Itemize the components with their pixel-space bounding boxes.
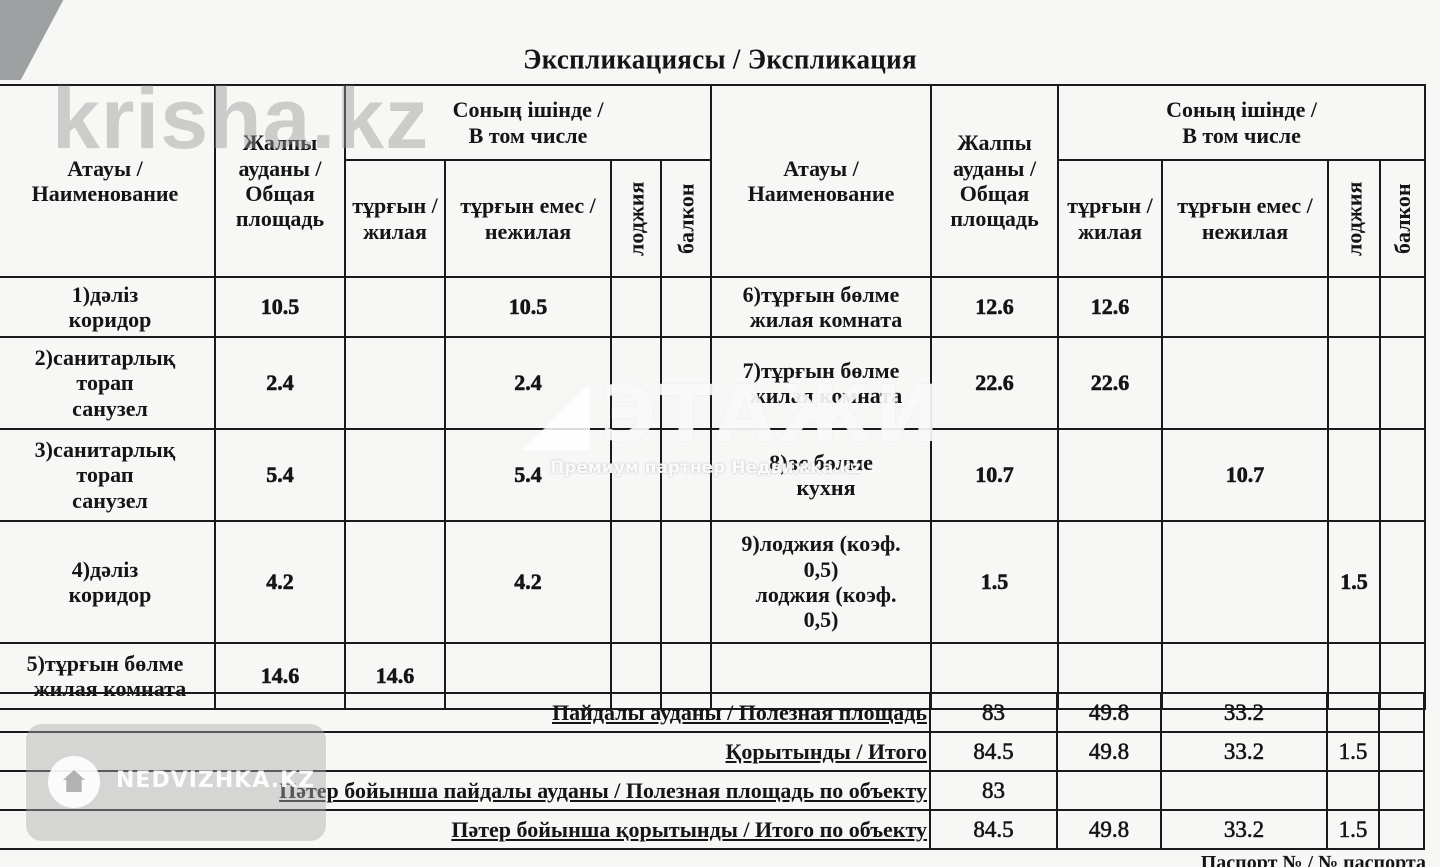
room-name-line: торап	[0, 462, 214, 487]
header-including-kz: Соның ішінде /	[453, 97, 604, 122]
room-name-line: торап	[0, 370, 214, 395]
header-loggia: лоджия	[611, 160, 661, 277]
room-name-line: 0,5)	[712, 557, 930, 582]
header-total-right: Жалпы ауданы / Общая площадь	[931, 85, 1058, 277]
room-name-line: 8)ас бөлме	[712, 450, 930, 475]
explication-table: Атауы / Наименование Жалпы ауданы / Обща…	[0, 84, 1426, 710]
summary-nonliving	[1161, 771, 1327, 810]
room-name-line: 2)санитарлық	[0, 345, 214, 370]
header-living-ru: жилая	[1078, 219, 1142, 244]
header-living-ru: жилая	[363, 219, 427, 244]
header-name-ru: Наименование	[748, 181, 895, 206]
room-name-line: 3)санитарлық	[0, 437, 214, 462]
header-total-l4: площадь	[950, 206, 1038, 231]
header-including-ru: В том числе	[469, 123, 588, 148]
summary-row: Пәтер бойынша қорытынды / Итого по объек…	[0, 810, 1424, 849]
summary-row: Қорытынды / Итого84.549.833.21.5	[0, 732, 1424, 771]
header-total-left: Жалпы ауданы / Общая площадь	[215, 85, 345, 277]
header-total-l4: площадь	[236, 206, 324, 231]
header-balcony: балкон	[661, 160, 711, 277]
cell-loggia	[611, 337, 661, 429]
header-living: тұрғын /жилая	[345, 160, 445, 277]
cell-balcony	[1380, 429, 1425, 521]
cell-nonliving: 4.2	[445, 521, 611, 643]
room-name-line: 7)тұрғын бөлме	[712, 358, 930, 383]
cell-total: 4.2	[215, 521, 345, 643]
cell-living	[1058, 521, 1162, 643]
summary-total: 84.5	[930, 810, 1057, 849]
header-nonliving-kz: тұрғын емес /	[460, 193, 596, 218]
room-name-line: санузел	[0, 488, 214, 513]
summary-label: Пәтер бойынша пайдалы ауданы / Полезная …	[0, 771, 930, 810]
summary-living: 49.8	[1057, 810, 1161, 849]
cell-living	[1058, 429, 1162, 521]
cell-balcony	[1380, 337, 1425, 429]
cell-living	[345, 521, 445, 643]
room-name-line: 9)лоджия (коэф.	[712, 531, 930, 556]
cell-total: 1.5	[931, 521, 1058, 643]
cell-living	[345, 337, 445, 429]
summary-table: Пайдалы ауданы / Полезная площадь8349.83…	[0, 692, 1425, 850]
cell-nonliving: 2.4	[445, 337, 611, 429]
cell-loggia	[1328, 277, 1380, 337]
cell-living: 12.6	[1058, 277, 1162, 337]
header-nonliving: тұрғын емес /нежилая	[1162, 160, 1328, 277]
header-total-l3: Общая	[960, 181, 1030, 206]
summary-loggia	[1327, 693, 1379, 732]
cell-living: 22.6	[1058, 337, 1162, 429]
summary-label: Қорытынды / Итого	[0, 732, 930, 771]
room-name-line: 6)тұрғын бөлме	[712, 282, 930, 307]
summary-loggia: 1.5	[1327, 810, 1379, 849]
room-name-line: коридор	[0, 307, 214, 332]
summary-balcony	[1379, 771, 1424, 810]
cell-total: 10.5	[215, 277, 345, 337]
summary-nonliving: 33.2	[1161, 732, 1327, 771]
header-loggia: лоджия	[1328, 160, 1380, 277]
summary-living	[1057, 771, 1161, 810]
header-name-kz: Атауы /	[67, 156, 143, 181]
cell-nonliving: 10.7	[1162, 429, 1328, 521]
room-name-line: 1)дәліз	[0, 282, 214, 307]
cell-nonliving	[1162, 337, 1328, 429]
summary-row: Пәтер бойынша пайдалы ауданы / Полезная …	[0, 771, 1424, 810]
header-name-ru: Наименование	[32, 181, 179, 206]
header-nonliving-ru: нежилая	[1202, 219, 1288, 244]
room-name-right-4: 9)лоджия (коэф.0,5)лоджия (коэф.0,5)	[711, 521, 931, 643]
summary-total: 83	[930, 693, 1057, 732]
room-name-right-1: 6)тұрғын бөлмежилая комната	[711, 277, 931, 337]
room-name-left-3: 3)санитарлықторапсанузел	[0, 429, 215, 521]
header-total-l2: ауданы /	[953, 156, 1036, 181]
cell-living	[345, 277, 445, 337]
cell-total: 2.4	[215, 337, 345, 429]
summary-label: Пәтер бойынша қорытынды / Итого по объек…	[0, 810, 930, 849]
cell-total: 22.6	[931, 337, 1058, 429]
cell-loggia: 1.5	[1328, 521, 1380, 643]
summary-nonliving: 33.2	[1161, 810, 1327, 849]
summary-loggia	[1327, 771, 1379, 810]
cell-living	[345, 429, 445, 521]
cell-loggia	[1328, 337, 1380, 429]
summary-label: Пайдалы ауданы / Полезная площадь	[0, 693, 930, 732]
summary-rows: Пайдалы ауданы / Полезная площадь8349.83…	[0, 693, 1424, 849]
header-total-l2: ауданы /	[238, 156, 321, 181]
cell-nonliving: 5.4	[445, 429, 611, 521]
room-name-line: жилая комната	[712, 383, 930, 408]
room-name-line: 4)дәліз	[0, 557, 214, 582]
room-name-right-2: 7)тұрғын бөлмежилая комната	[711, 337, 931, 429]
table-row: 3)санитарлықторапсанузел5.45.48)ас бөлме…	[0, 429, 1425, 521]
header-including-kz: Соның ішінде /	[1166, 97, 1317, 122]
header-including-right: Соның ішінде / В том числе	[1058, 85, 1425, 160]
cell-nonliving	[1162, 521, 1328, 643]
summary-living: 49.8	[1057, 732, 1161, 771]
room-name-line: 0,5)	[712, 607, 930, 632]
table-row: 1)дәлізкоридор10.510.56)тұрғын бөлмежила…	[0, 277, 1425, 337]
summary-living: 49.8	[1057, 693, 1161, 732]
table-row: 2)санитарлықторапсанузел2.42.47)тұрғын б…	[0, 337, 1425, 429]
room-name-line: санузел	[0, 396, 214, 421]
header-including-left: Соның ішінде / В том числе	[345, 85, 711, 160]
room-name-line: 5)тұрғын бөлме	[0, 651, 214, 676]
room-name-line: кухня	[712, 475, 930, 500]
room-name-line: жилая комната	[712, 307, 930, 332]
room-rows: 1)дәлізкоридор10.510.56)тұрғын бөлмежила…	[0, 277, 1425, 709]
room-name-left-2: 2)санитарлықторапсанузел	[0, 337, 215, 429]
header-balcony: балкон	[1380, 160, 1425, 277]
cell-loggia	[611, 277, 661, 337]
cell-loggia	[1328, 429, 1380, 521]
summary-balcony	[1379, 810, 1424, 849]
header-nonliving-ru: нежилая	[485, 219, 571, 244]
cell-loggia	[611, 521, 661, 643]
room-name-left-4: 4)дәлізкоридор	[0, 521, 215, 643]
header-including-ru: В том числе	[1182, 123, 1301, 148]
document-title-text: Экспликациясы / Экспликация	[523, 43, 917, 76]
header-name-kz: Атауы /	[783, 156, 859, 181]
cell-total: 10.7	[931, 429, 1058, 521]
cell-nonliving: 10.5	[445, 277, 611, 337]
summary-balcony	[1379, 693, 1424, 732]
header-living-kz: тұрғын /	[1067, 193, 1153, 218]
header-name-left: Атауы / Наименование	[0, 85, 215, 277]
table-row: 4)дәлізкоридор4.24.29)лоджия (коэф.0,5)л…	[0, 521, 1425, 643]
room-name-right-3: 8)ас бөлмекухня	[711, 429, 931, 521]
cell-balcony	[661, 277, 711, 337]
summary-nonliving: 33.2	[1161, 693, 1327, 732]
header-living: тұрғын /жилая	[1058, 160, 1162, 277]
summary-total: 84.5	[930, 732, 1057, 771]
passport-number-note: Паспорт № / № паспорта	[1201, 852, 1426, 867]
summary-row: Пайдалы ауданы / Полезная площадь8349.83…	[0, 693, 1424, 732]
header-total-l1: Жалпы	[243, 130, 318, 155]
document-title: Экспликациясы / Экспликация	[0, 43, 1440, 76]
header-name-right: Атауы / Наименование	[711, 85, 931, 277]
cell-total: 5.4	[215, 429, 345, 521]
header-nonliving-kz: тұрғын емес /	[1177, 193, 1313, 218]
cell-nonliving	[1162, 277, 1328, 337]
room-name-line: лоджия (коэф.	[712, 582, 930, 607]
room-name-left-1: 1)дәлізкоридор	[0, 277, 215, 337]
cell-loggia	[611, 429, 661, 521]
room-name-line: коридор	[0, 582, 214, 607]
header-total-l1: Жалпы	[957, 130, 1032, 155]
header-living-kz: тұрғын /	[352, 193, 438, 218]
cell-total: 12.6	[931, 277, 1058, 337]
summary-total: 83	[930, 771, 1057, 810]
summary-balcony	[1379, 732, 1424, 771]
header-nonliving: тұрғын емес /нежилая	[445, 160, 611, 277]
cell-balcony	[1380, 521, 1425, 643]
cell-balcony	[661, 337, 711, 429]
summary-loggia: 1.5	[1327, 732, 1379, 771]
cell-balcony	[661, 429, 711, 521]
header-total-l3: Общая	[245, 181, 315, 206]
cell-balcony	[1380, 277, 1425, 337]
cell-balcony	[661, 521, 711, 643]
